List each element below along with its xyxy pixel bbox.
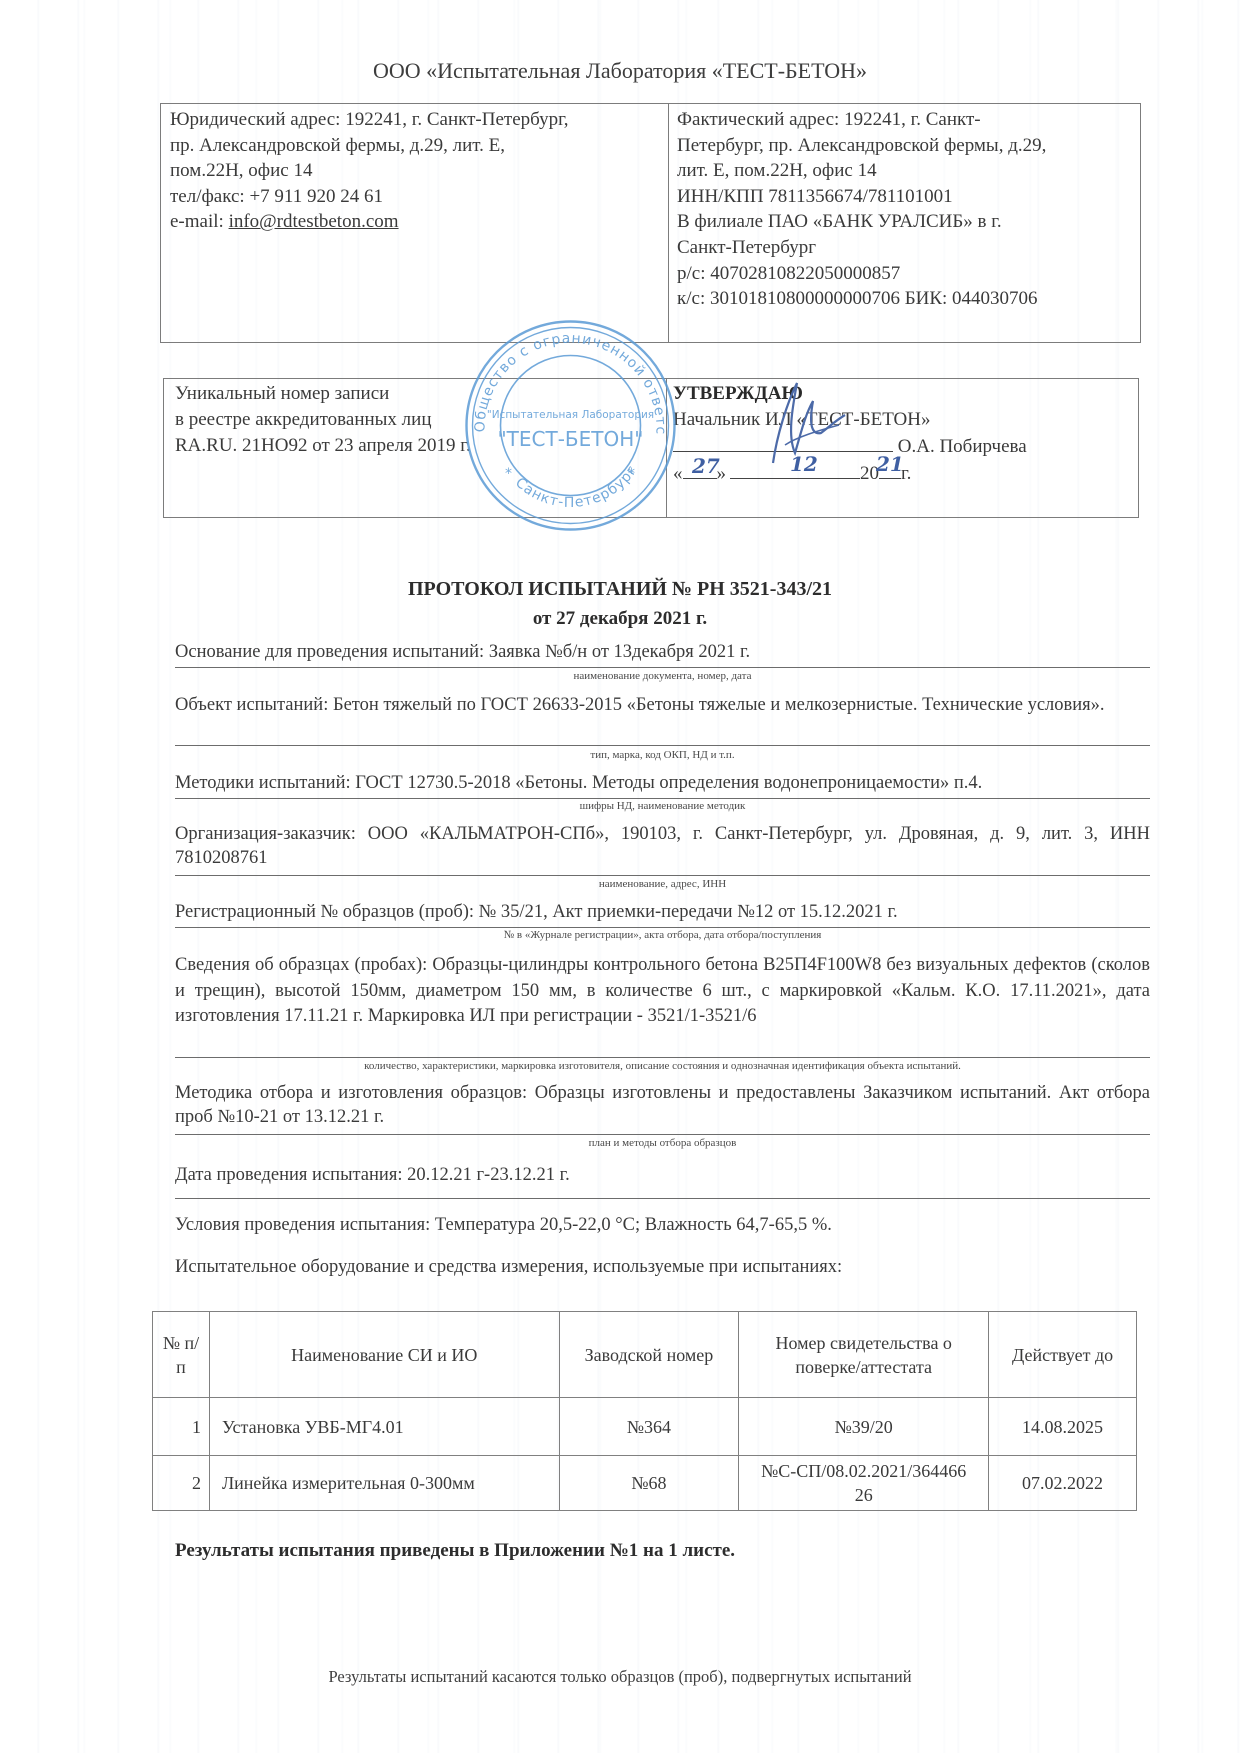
legal-address-line: Юридический адрес: 192241, г. Санкт-Пете… <box>170 107 660 133</box>
field-registration: Регистрационный № образцов (проб): № 35/… <box>175 900 1150 924</box>
sampling-text: Методика отбора и изготовления образцов:… <box>175 1083 1150 1127</box>
protocol-date: от 27 декабря 2021 г. <box>0 608 1240 630</box>
cell-serial: №68 <box>559 1456 739 1511</box>
field-underline <box>175 667 1150 668</box>
handwritten-month: 12 <box>790 452 818 476</box>
cell-name: Установка УВБ-МГ4.01 <box>209 1398 559 1456</box>
accreditation-info: Уникальный номер записи в реестре аккред… <box>175 381 471 459</box>
field-underline <box>175 798 1150 799</box>
field-caption: количество, характеристики, маркировка и… <box>175 1060 1150 1072</box>
field-underline <box>175 1057 1150 1058</box>
field-sampling: Методика отбора и изготовления образцов:… <box>175 1081 1150 1129</box>
handwritten-day: 27 <box>692 454 720 478</box>
approval-box: Уникальный номер записи в реестре аккред… <box>163 378 1139 518</box>
field-object: Объект испытаний: Бетон тяжелый по ГОСТ … <box>175 693 1150 717</box>
accreditation-line: Уникальный номер записи <box>175 381 471 407</box>
organization-title: ООО «Испытательная Лаборатория «ТЕСТ-БЕТ… <box>0 58 1240 84</box>
field-caption: тип, марка, код ОКП, НД и т.п. <box>175 749 1150 761</box>
approver-position: Начальник ИЛ «ТЕСТ-БЕТОН» <box>673 407 1027 433</box>
legal-address-line: пр. Александровской фермы, д.29, лит. Е, <box>170 133 660 159</box>
address-box: Юридический адрес: 192241, г. Санкт-Пете… <box>160 103 1141 343</box>
cell-number: 1 <box>153 1398 210 1456</box>
table-header-row: № п/п Наименование СИ и ИО Заводской ном… <box>153 1312 1137 1398</box>
field-equipment-intro: Испытательное оборудование и средства из… <box>175 1255 1150 1279</box>
table-row: 2 Линейка измерительная 0-300мм №68 №С-С… <box>153 1456 1137 1511</box>
protocol-title: ПРОТОКОЛ ИСПЫТАНИЙ № РН 3521-343/21 <box>0 578 1240 601</box>
samples-text: Сведения об образцах (пробах): Образцы-ц… <box>175 955 1150 1026</box>
bank-line: В филиале ПАО «БАНК УРАЛСИБ» в г. <box>677 209 1132 235</box>
field-underline <box>175 927 1150 928</box>
approval-block: УТВЕРЖДАЮ Начальник ИЛ «ТЕСТ-БЕТОН» О.А.… <box>673 381 1027 487</box>
field-underline <box>175 1198 1150 1199</box>
basis-text: Основание для проведения испытаний: Заяв… <box>175 642 750 662</box>
handwritten-year: 21 <box>876 452 904 476</box>
cell-number: 2 <box>153 1456 210 1511</box>
bank-city: Санкт-Петербург <box>677 235 1132 261</box>
column-divider <box>668 104 669 342</box>
table-row: 1 Установка УВБ-МГ4.01 №364 №39/20 14.08… <box>153 1398 1137 1456</box>
accreditation-number: RA.RU. 21НО92 от 23 апреля 2019 г. <box>175 433 471 459</box>
cell-valid-until: 14.08.2025 <box>989 1398 1137 1456</box>
header-certificate: Номер свидетельства о поверке/аттестата <box>739 1312 989 1398</box>
registration-text: Регистрационный № образцов (проб): № 35/… <box>175 902 898 922</box>
signature-field <box>673 433 893 452</box>
settlement-account: р/с: 40702810822050000857 <box>677 261 1132 287</box>
legal-address-line: пом.22Н, офис 14 <box>170 158 660 184</box>
accreditation-line: в реестре аккредитованных лиц <box>175 407 471 433</box>
field-underline <box>175 745 1150 746</box>
approval-title: УТВЕРЖДАЮ <box>673 381 1027 407</box>
email-label: e-mail: <box>170 211 229 232</box>
footer-note: Результаты испытаний касаются только обр… <box>0 1667 1240 1687</box>
column-divider <box>666 379 667 517</box>
results-note: Результаты испытания приведены в Приложе… <box>175 1540 735 1562</box>
email-row: e-mail: info@rdtestbeton.com <box>170 209 660 235</box>
approval-date: «»20г. <box>673 460 1027 487</box>
field-methods: Методики испытаний: ГОСТ 12730.5-2018 «Б… <box>175 771 1150 795</box>
email-link[interactable]: info@rdtestbeton.com <box>229 211 399 232</box>
equipment-table: № п/п Наименование СИ и ИО Заводской ном… <box>152 1311 1137 1511</box>
legal-address: Юридический адрес: 192241, г. Санкт-Пете… <box>170 107 660 235</box>
object-text: Объект испытаний: Бетон тяжелый по ГОСТ … <box>175 695 1105 715</box>
field-customer: Организация-заказчик: ООО «КАЛЬМАТРОН-СП… <box>175 822 1150 870</box>
field-caption: наименование, адрес, ИНН <box>175 878 1150 890</box>
header-number: № п/п <box>153 1312 210 1398</box>
cell-name: Линейка измерительная 0-300мм <box>209 1456 559 1511</box>
conditions-text: Условия проведения испытания: Температур… <box>175 1215 832 1235</box>
field-test-dates: Дата проведения испытания: 20.12.21 г-23… <box>175 1163 1150 1187</box>
phone-fax: тел/факс: +7 911 920 24 61 <box>170 184 660 210</box>
header-valid-until: Действует до <box>989 1312 1137 1398</box>
field-caption: шифры НД, наименование методик <box>175 800 1150 812</box>
header-serial: Заводской номер <box>559 1312 739 1398</box>
cell-valid-until: 07.02.2022 <box>989 1456 1137 1511</box>
actual-address-line: лит. Е, пом.22Н, офис 14 <box>677 158 1132 184</box>
signer-name: О.А. Побирчева <box>898 436 1027 457</box>
cell-certificate: №С-СП/08.02.2021/36446626 <box>739 1456 989 1511</box>
signature-line: О.А. Побирчева <box>673 433 1027 460</box>
inn-kpp: ИНН/КПП 7811356674/781101001 <box>677 184 1132 210</box>
field-samples: Сведения об образцах (пробах): Образцы-ц… <box>175 953 1150 1030</box>
actual-address: Фактический адрес: 192241, г. Санкт- Пет… <box>677 107 1132 312</box>
actual-address-line: Фактический адрес: 192241, г. Санкт- <box>677 107 1132 133</box>
correspondent-account: к/с: 30101810800000000706 БИК: 044030706 <box>677 286 1132 312</box>
cell-certificate: №39/20 <box>739 1398 989 1456</box>
cell-serial: №364 <box>559 1398 739 1456</box>
field-conditions: Условия проведения испытания: Температур… <box>175 1213 1150 1237</box>
field-underline <box>175 875 1150 876</box>
header-name: Наименование СИ и ИО <box>209 1312 559 1398</box>
actual-address-line: Петербург, пр. Александровской фермы, д.… <box>677 133 1132 159</box>
equipment-intro-text: Испытательное оборудование и средства из… <box>175 1257 842 1277</box>
quote-open: « <box>673 463 683 484</box>
test-dates-text: Дата проведения испытания: 20.12.21 г-23… <box>175 1165 570 1185</box>
field-underline <box>175 1134 1150 1135</box>
field-caption: наименование документа, номер, дата <box>175 670 1150 682</box>
methods-text: Методики испытаний: ГОСТ 12730.5-2018 «Б… <box>175 773 982 793</box>
customer-text: Организация-заказчик: ООО «КАЛЬМАТРОН-СП… <box>175 824 1150 868</box>
field-caption: план и методы отбора образцов <box>175 1137 1150 1149</box>
field-caption: № в «Журнале регистрации», акта отбора, … <box>175 929 1150 941</box>
field-basis: Основание для проведения испытаний: Заяв… <box>175 640 1150 664</box>
